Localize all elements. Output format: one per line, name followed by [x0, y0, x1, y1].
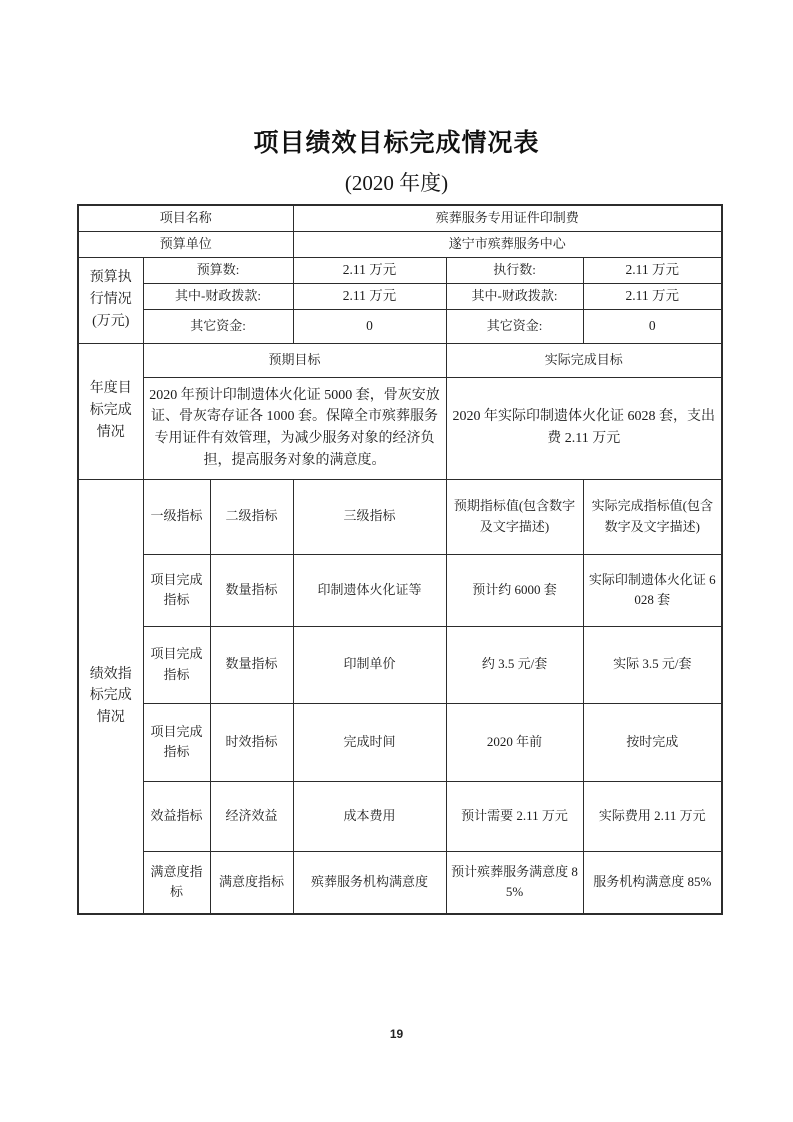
indicator-cell: 印制遗体火化证等	[293, 554, 446, 626]
indicator-cell: 实际 3.5 元/套	[583, 626, 722, 703]
document-subtitle: (2020 年度)	[0, 167, 793, 197]
budget-unit-row: 预算单位 遂宁市殡葬服务中心	[78, 231, 722, 257]
indicator-cell: 项目完成指标	[143, 626, 210, 703]
expected-goal-header-cell: 预期目标	[143, 343, 446, 377]
budget-row: 预算执行情况(万元) 预算数: 2.11 万元 执行数: 2.11 万元	[78, 257, 722, 283]
indicator-cell: 印制单价	[293, 626, 446, 703]
indicator-row: 满意度指标 满意度指标 殡葬服务机构满意度 预计殡葬服务满意度 85% 服务机构…	[78, 851, 722, 914]
indicator-header-cell: 一级指标	[143, 479, 210, 554]
budget-section-label-cell: 预算执行情况(万元)	[78, 257, 143, 343]
performance-table: 项目名称 殡葬服务专用证件印制费 预算单位 遂宁市殡葬服务中心 预算执行情况(万…	[77, 204, 723, 915]
indicator-cell: 预计需要 2.11 万元	[446, 781, 583, 851]
indicator-header-cell: 二级指标	[210, 479, 293, 554]
project-name-row: 项目名称 殡葬服务专用证件印制费	[78, 205, 722, 231]
indicator-cell: 预计殡葬服务满意度 85%	[446, 851, 583, 914]
budget-value-cell: 0	[583, 309, 722, 343]
project-name-label-cell: 项目名称	[78, 205, 293, 231]
annual-goal-content-row: 2020 年预计印制遗体火化证 5000 套，骨灰安放证、骨灰寄存证各 1000…	[78, 377, 722, 479]
budget-value-cell: 2.11 万元	[583, 283, 722, 309]
indicator-cell: 实际费用 2.11 万元	[583, 781, 722, 851]
budget-row: 其它资金: 0 其它资金: 0	[78, 309, 722, 343]
document-page: 项目绩效目标完成情况表 (2020 年度) 项目名称 殡葬服务专用证件印制费 预…	[0, 0, 793, 1122]
budget-label-cell: 其中-财政拨款:	[446, 283, 583, 309]
expected-goal-text-cell: 2020 年预计印制遗体火化证 5000 套，骨灰安放证、骨灰寄存证各 1000…	[143, 377, 446, 479]
budget-value-cell: 2.11 万元	[293, 283, 446, 309]
annual-goal-label-cell: 年度目标完成情况	[78, 343, 143, 479]
indicator-header-row: 绩效指标完成情况 一级指标 二级指标 三级指标 预期指标值(包含数字及文字描述)…	[78, 479, 722, 554]
indicator-cell: 成本费用	[293, 781, 446, 851]
budget-value-cell: 2.11 万元	[583, 257, 722, 283]
budget-label-cell: 其它资金:	[143, 309, 293, 343]
indicator-cell: 殡葬服务机构满意度	[293, 851, 446, 914]
actual-goal-header-cell: 实际完成目标	[446, 343, 722, 377]
project-name-value-cell: 殡葬服务专用证件印制费	[293, 205, 722, 231]
budget-value-cell: 2.11 万元	[293, 257, 446, 283]
budget-label-cell: 其它资金:	[446, 309, 583, 343]
indicator-row: 项目完成指标 数量指标 印制单价 约 3.5 元/套 实际 3.5 元/套	[78, 626, 722, 703]
indicator-cell: 2020 年前	[446, 703, 583, 781]
indicator-header-cell: 预期指标值(包含数字及文字描述)	[446, 479, 583, 554]
indicator-cell: 预计约 6000 套	[446, 554, 583, 626]
indicator-cell: 按时完成	[583, 703, 722, 781]
indicator-row: 效益指标 经济效益 成本费用 预计需要 2.11 万元 实际费用 2.11 万元	[78, 781, 722, 851]
indicator-cell: 项目完成指标	[143, 554, 210, 626]
indicator-cell: 经济效益	[210, 781, 293, 851]
indicator-row: 项目完成指标 数量指标 印制遗体火化证等 预计约 6000 套 实际印制遗体火化…	[78, 554, 722, 626]
budget-unit-value-cell: 遂宁市殡葬服务中心	[293, 231, 722, 257]
budget-unit-label-cell: 预算单位	[78, 231, 293, 257]
indicator-row: 项目完成指标 时效指标 完成时间 2020 年前 按时完成	[78, 703, 722, 781]
indicator-cell: 时效指标	[210, 703, 293, 781]
indicator-cell: 实际印制遗体火化证 6028 套	[583, 554, 722, 626]
document-title: 项目绩效目标完成情况表	[0, 123, 793, 159]
annual-goal-header-row: 年度目标完成情况 预期目标 实际完成目标	[78, 343, 722, 377]
indicator-cell: 完成时间	[293, 703, 446, 781]
actual-goal-text-cell: 2020 年实际印制遗体火化证 6028 套，支出费 2.11 万元	[446, 377, 722, 479]
indicator-cell: 效益指标	[143, 781, 210, 851]
budget-label-cell: 其中-财政拨款:	[143, 283, 293, 309]
indicator-cell: 满意度指标	[210, 851, 293, 914]
indicator-cell: 约 3.5 元/套	[446, 626, 583, 703]
indicator-section-label-cell: 绩效指标完成情况	[78, 479, 143, 914]
indicator-header-cell: 实际完成指标值(包含数字及文字描述)	[583, 479, 722, 554]
indicator-cell: 数量指标	[210, 554, 293, 626]
page-number: 19	[0, 1027, 793, 1041]
indicator-cell: 项目完成指标	[143, 703, 210, 781]
budget-label-cell: 预算数:	[143, 257, 293, 283]
budget-row: 其中-财政拨款: 2.11 万元 其中-财政拨款: 2.11 万元	[78, 283, 722, 309]
budget-label-cell: 执行数:	[446, 257, 583, 283]
indicator-header-cell: 三级指标	[293, 479, 446, 554]
indicator-cell: 服务机构满意度 85%	[583, 851, 722, 914]
indicator-cell: 满意度指标	[143, 851, 210, 914]
indicator-cell: 数量指标	[210, 626, 293, 703]
budget-value-cell: 0	[293, 309, 446, 343]
